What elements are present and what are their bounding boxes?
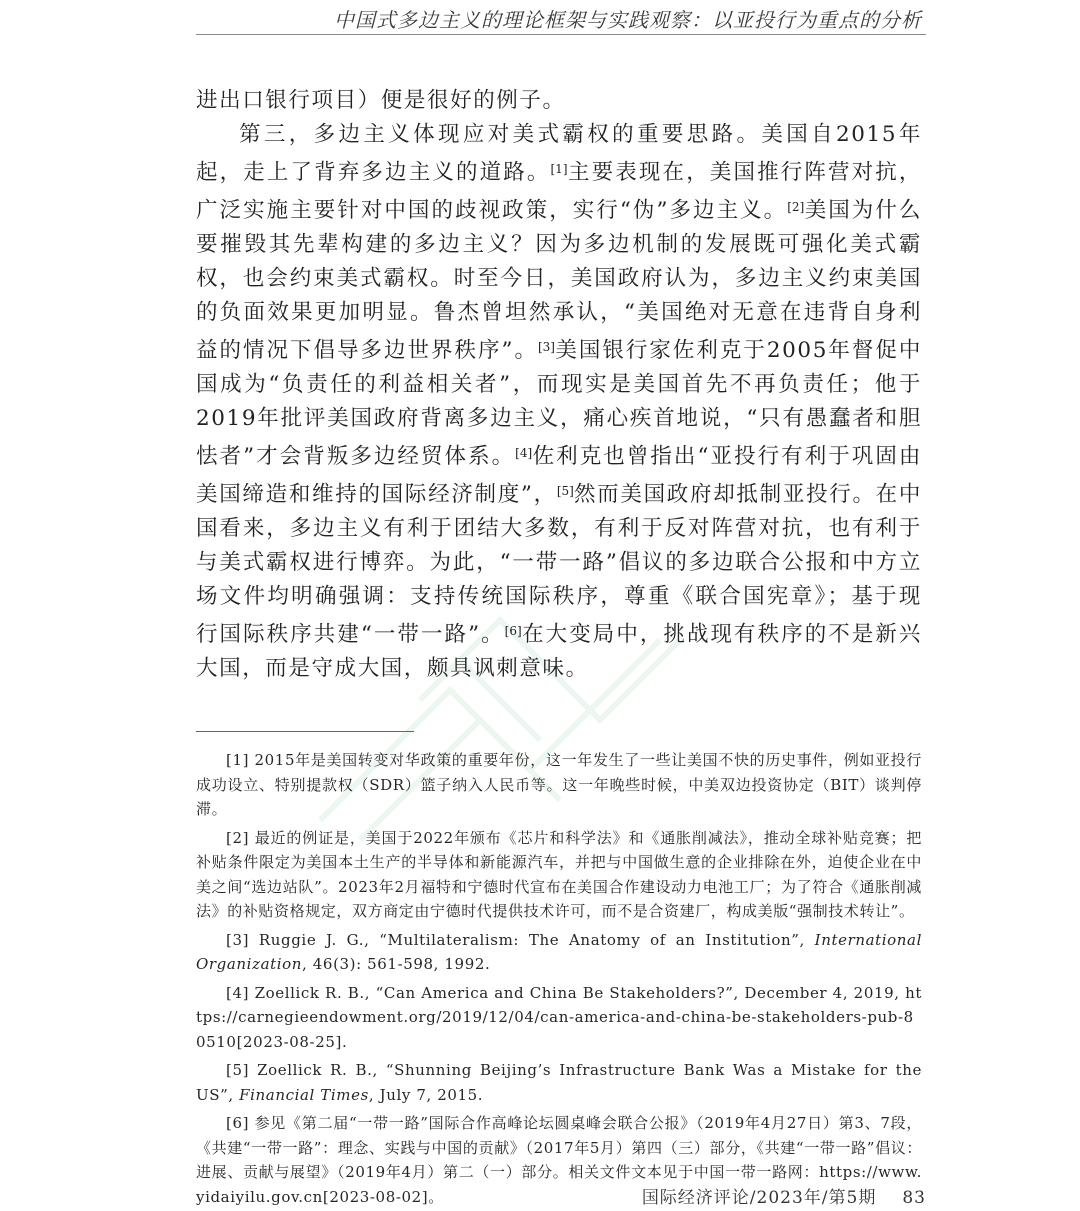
footnote-id: [6] (226, 1114, 249, 1132)
page-footer: 国际经济评论/2023年/第5期83 (196, 1183, 926, 1208)
footnote-ref-2[interactable]: [2] (787, 200, 804, 214)
footnote-text: , July 7, 2015. (369, 1086, 483, 1104)
footnote-text: 2015年是美国转变对华政策的重要年份，这一年发生了一些让美国不快的历史事件，例… (196, 751, 922, 818)
footnote-ref-3[interactable]: [3] (538, 340, 555, 354)
paragraph-continued: 进出口银行项目）便是很好的例子。 (196, 84, 922, 118)
footnote-text: , 46(3): 561-598, 1992. (302, 955, 490, 973)
page-number: 83 (902, 1188, 926, 1208)
footnote-ref-1[interactable]: [1] (551, 162, 568, 176)
footnote-id: [5] (226, 1061, 249, 1079)
footnote-ref-4[interactable]: [4] (515, 446, 532, 460)
footnote-text: 最近的例证是，美国于2022年颁布《芯片和科学法》和《通胀削减法》，推动全球补贴… (196, 829, 922, 921)
footnote-ref-6[interactable]: [6] (505, 624, 522, 638)
journal-title: Financial Times (239, 1086, 369, 1104)
journal-page: 中国式多边主义的理论框架与实践观察：以亚投行为重点的分析 进出口银行项目）便是很… (196, 0, 922, 1211)
footnote-id: [3] (226, 931, 249, 949)
running-title: 中国式多边主义的理论框架与实践观察：以亚投行为重点的分析 (196, 4, 922, 33)
footnote-3: [3] Ruggie J. G., “Multilateralism: The … (196, 928, 922, 977)
footnotes: [1] 2015年是美国转变对华政策的重要年份，这一年发生了一些让美国不快的历史… (196, 748, 922, 1211)
header-rule (196, 34, 926, 35)
footnote-separator (196, 731, 414, 732)
footnote-2: [2] 最近的例证是，美国于2022年颁布《芯片和科学法》和《通胀削减法》，推动… (196, 826, 922, 924)
paragraph-third-point: 第三，多边主义体现应对美式霸权的重要思路。美国自2015年起，走上了背弃多边主义… (196, 118, 922, 686)
footnote-text: Ruggie J. G., “Multilateralism: The Anat… (259, 931, 815, 949)
body-text: 进出口银行项目）便是很好的例子。 第三，多边主义体现应对美式霸权的重要思路。美国… (196, 84, 922, 686)
footnote-4: [4] Zoellick R. B., “Can America and Chi… (196, 981, 922, 1055)
footnote-ref-5[interactable]: [5] (557, 484, 574, 498)
footnote-text: Zoellick R. B., “Can America and China B… (196, 984, 922, 1051)
footnote-id: [4] (226, 984, 249, 1002)
footnote-1: [1] 2015年是美国转变对华政策的重要年份，这一年发生了一些让美国不快的历史… (196, 748, 922, 822)
footnote-id: [1] (226, 751, 249, 769)
footnote-5: [5] Zoellick R. B., “Shunning Beijing’s … (196, 1058, 922, 1107)
journal-issue: 国际经济评论/2023年/第5期 (642, 1188, 877, 1208)
footnote-id: [2] (226, 829, 249, 847)
